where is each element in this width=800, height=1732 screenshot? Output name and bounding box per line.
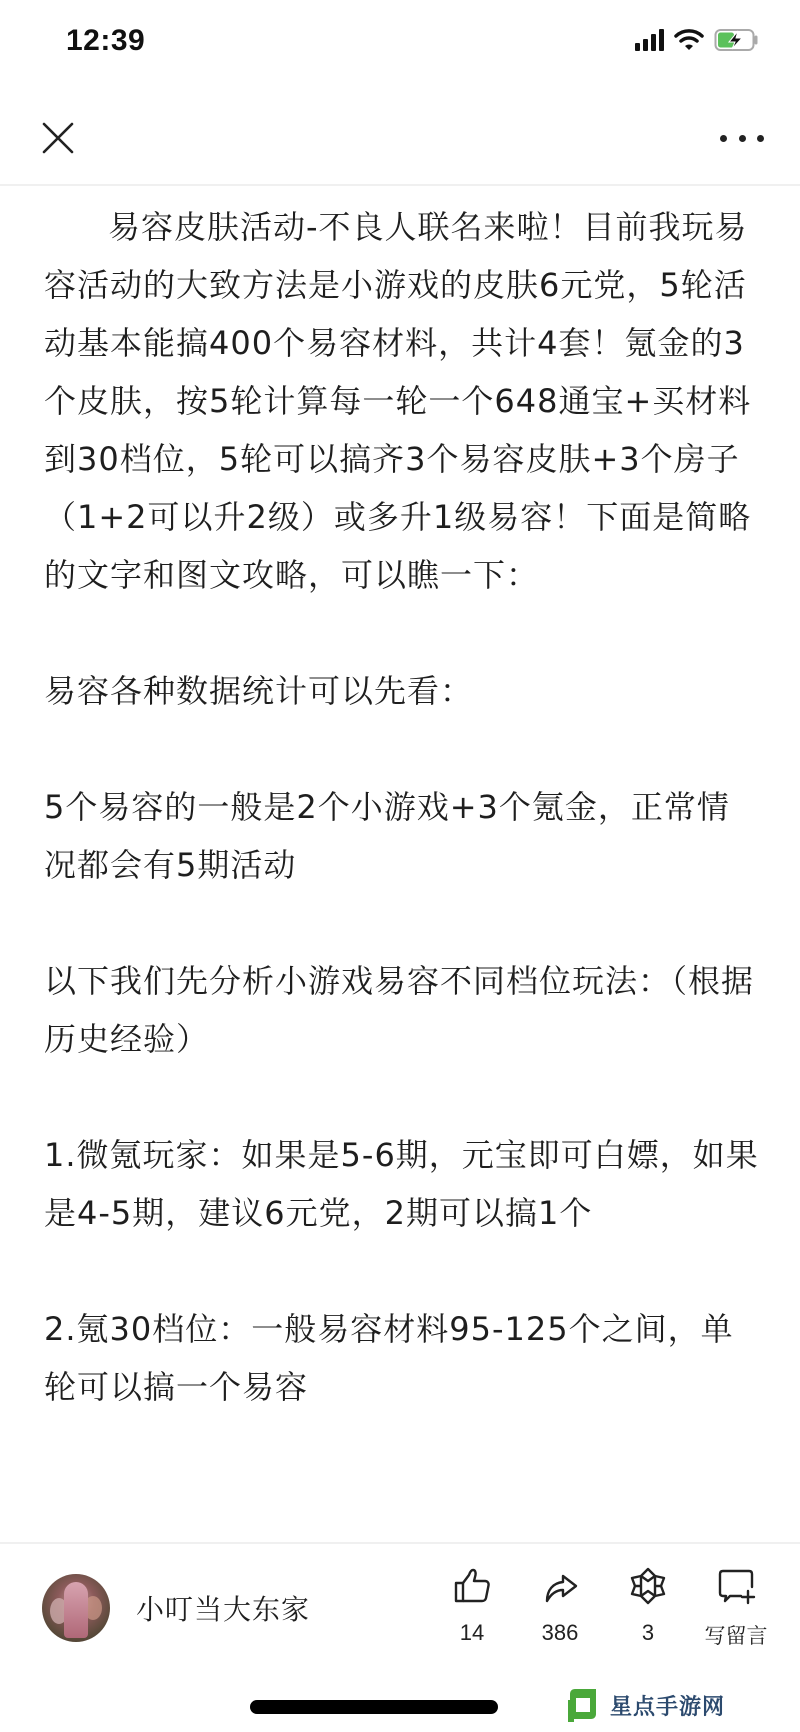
- close-icon: [38, 118, 78, 158]
- more-options-button[interactable]: [720, 128, 764, 148]
- write-comment-button[interactable]: 写留言: [692, 1566, 780, 1650]
- share-button[interactable]: 386: [516, 1566, 604, 1650]
- status-icons: [635, 28, 760, 52]
- share-icon: [540, 1566, 580, 1606]
- author-name[interactable]: 小叮当大东家: [136, 1588, 310, 1628]
- wifi-icon: [674, 28, 704, 52]
- more-dot: [739, 135, 746, 142]
- share-count: 386: [542, 1620, 579, 1646]
- paragraph-spacer: [44, 1242, 760, 1300]
- battery-charging-icon: [714, 28, 760, 52]
- watermark-text: 星点手游网: [610, 1690, 725, 1721]
- paragraph-spacer: [44, 604, 760, 662]
- watermark-logo-icon: [566, 1686, 600, 1724]
- favorite-star-icon: [628, 1566, 668, 1606]
- paragraph-spacer: [44, 1068, 760, 1126]
- like-count: 14: [460, 1620, 484, 1646]
- signal-icon: [635, 29, 664, 51]
- write-comment-icon: [716, 1566, 756, 1606]
- article-paragraph: 易容各种数据统计可以先看：: [44, 662, 760, 720]
- avatar-figure: [64, 1582, 88, 1638]
- more-dot: [757, 135, 764, 142]
- status-time: 12:39: [66, 24, 145, 58]
- home-indicator[interactable]: [250, 1700, 498, 1714]
- favorite-button[interactable]: 3: [604, 1566, 692, 1650]
- article-paragraph: 2.氪30档位：一般易容材料95-125个之间，单轮可以搞一个易容: [44, 1300, 760, 1416]
- favorite-count: 3: [642, 1620, 654, 1646]
- article-paragraph: 5个易容的一般是2个小游戏+3个氪金，正常情况都会有5期活动: [44, 778, 760, 894]
- article-paragraph: 易容皮肤活动-不良人联名来啦！目前我玩易容活动的大致方法是小游戏的皮肤6元党，5…: [44, 198, 760, 604]
- action-buttons: 14 386 3 写留言: [428, 1566, 780, 1650]
- watermark: 星点手游网: [566, 1686, 725, 1724]
- more-horizontal-icon: [720, 135, 727, 142]
- avatar[interactable]: [42, 1574, 110, 1642]
- paragraph-spacer: [44, 720, 760, 778]
- article-paragraph: 以下我们先分析小游戏易容不同档位玩法：（根据历史经验）: [44, 952, 760, 1068]
- article-body: 易容皮肤活动-不良人联名来啦！目前我玩易容活动的大致方法是小游戏的皮肤6元党，5…: [44, 198, 760, 1416]
- close-button[interactable]: [38, 118, 78, 158]
- thumbs-up-icon: [452, 1566, 492, 1606]
- like-button[interactable]: 14: [428, 1566, 516, 1650]
- nav-bar: [0, 90, 800, 186]
- article-paragraph: 1.微氪玩家：如果是5-6期，元宝即可白嫖，如果是4-5期，建议6元党，2期可以…: [44, 1126, 760, 1242]
- status-bar: 12:39: [0, 0, 800, 90]
- paragraph-spacer: [44, 894, 760, 952]
- write-comment-label: 写留言: [705, 1620, 768, 1650]
- author-info[interactable]: 小叮当大东家: [42, 1574, 310, 1642]
